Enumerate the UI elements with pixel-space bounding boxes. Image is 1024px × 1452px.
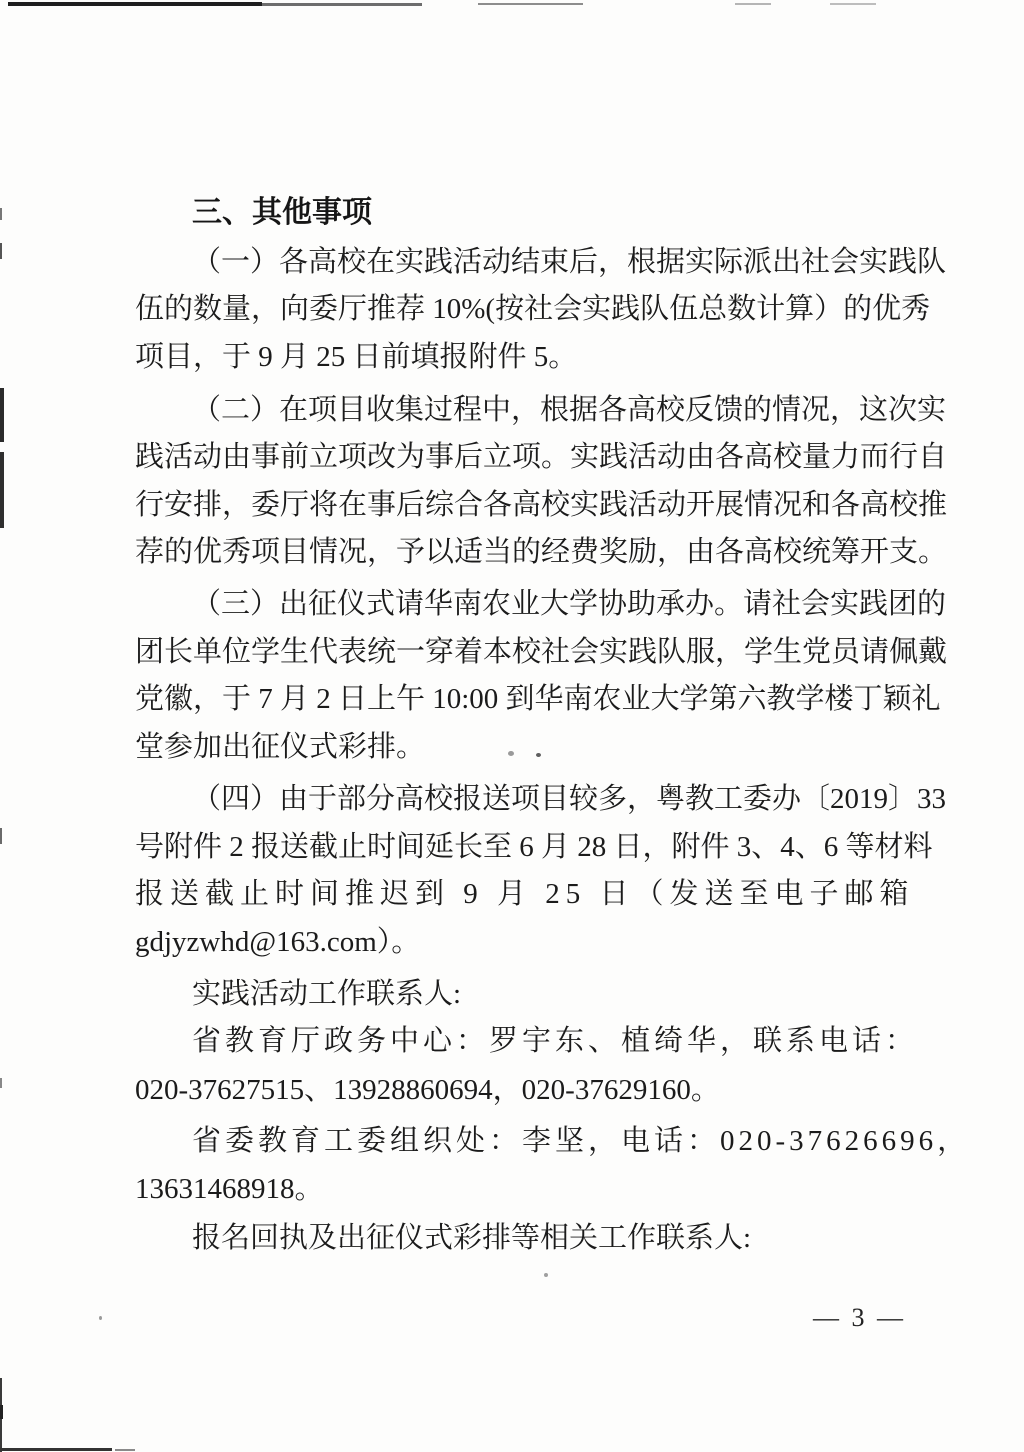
text-line: 报送截止时间推迟到 9 月 25 日（发送至电子邮箱: [135, 878, 915, 911]
text-line: 省教育厅政务中心：罗宇东、植绮华，联系电话：: [192, 1025, 918, 1058]
scan-artifact-left-edge: [0, 828, 2, 844]
text-line: 号附件 2 报送截止时间延长至 6 月 28 日，附件 3、4、6 等材料: [135, 831, 933, 864]
text-line: 13631468918。: [135, 1173, 324, 1206]
scan-speck: [536, 753, 541, 757]
scan-artifact-top-line: [830, 3, 876, 5]
scan-speck: [544, 1273, 548, 1277]
text-line: （一）各高校在实践活动结束后，根据实际派出社会实践队: [192, 246, 946, 279]
scan-artifact-left-edge: [0, 1078, 2, 1088]
scan-artifact-left-edge: [0, 452, 4, 528]
scan-artifact-bottom-line: [0, 1448, 112, 1451]
text-line: 荐的优秀项目情况，予以适当的经费奖励，由各高校统筹开支。: [135, 536, 947, 569]
scan-artifact-left-edge: [0, 1405, 3, 1419]
scan-speck: [99, 1316, 102, 1320]
scan-artifact-top-line: [262, 3, 422, 6]
text-line: 报名回执及出征仪式彩排等相关工作联系人:: [192, 1222, 751, 1255]
text-line: 团长单位学生代表统一穿着本校社会实践队服，学生党员请佩戴: [135, 636, 947, 669]
text-line: 实践活动工作联系人:: [192, 978, 461, 1011]
text-line: 020-37627515、13928860694，020-37629160。: [135, 1074, 720, 1107]
text-line: 伍的数量，向委厅推荐 10%(按社会实践队伍总数计算）的优秀: [135, 293, 930, 326]
text-line: 践活动由事前立项改为事后立项。实践活动由各高校量力而行自: [135, 441, 947, 474]
text-line: 省委教育工委组织处：李坚，电话：020-37626696，: [192, 1125, 970, 1158]
text-line: 项目，于 9 月 25 日前填报附件 5。: [135, 341, 577, 374]
scan-speck: [508, 751, 514, 756]
text-line: 行安排，委厅将在事后综合各高校实践活动开展情况和各高校推: [135, 489, 947, 522]
scan-artifact-left-edge: [0, 208, 2, 220]
text-line: （四）由于部分高校报送项目较多，粤教工委办〔2019〕33: [192, 783, 946, 816]
text-line: （三）出征仪式请华南农业大学协助承办。请社会实践团的: [192, 588, 946, 621]
section-heading: 三、其他事项: [192, 196, 372, 230]
scan-artifact-left-edge: [0, 1378, 2, 1452]
document-page: 三、其他事项 （一）各高校在实践活动结束后，根据实际派出社会实践队 伍的数量，向…: [0, 0, 1024, 1452]
text-line: （二）在项目收集过程中，根据各高校反馈的情况，这次实: [192, 394, 946, 427]
scan-artifact-top-line: [478, 3, 583, 5]
scan-artifact-bottom-line: [115, 1449, 135, 1451]
scan-artifact-left-edge: [0, 243, 2, 259]
scan-artifact-top-line: [8, 2, 262, 6]
page-number: — 3 —: [813, 1303, 906, 1333]
text-line: 堂参加出征仪式彩排。: [135, 731, 425, 764]
text-line: 党徽，于 7 月 2 日上午 10:00 到华南农业大学第六教学楼丁颖礼: [135, 683, 941, 716]
scan-artifact-left-edge: [0, 388, 4, 442]
scan-artifact-top-line: [735, 3, 771, 5]
text-line: gdjyzwhd@163.com）。: [135, 926, 420, 959]
